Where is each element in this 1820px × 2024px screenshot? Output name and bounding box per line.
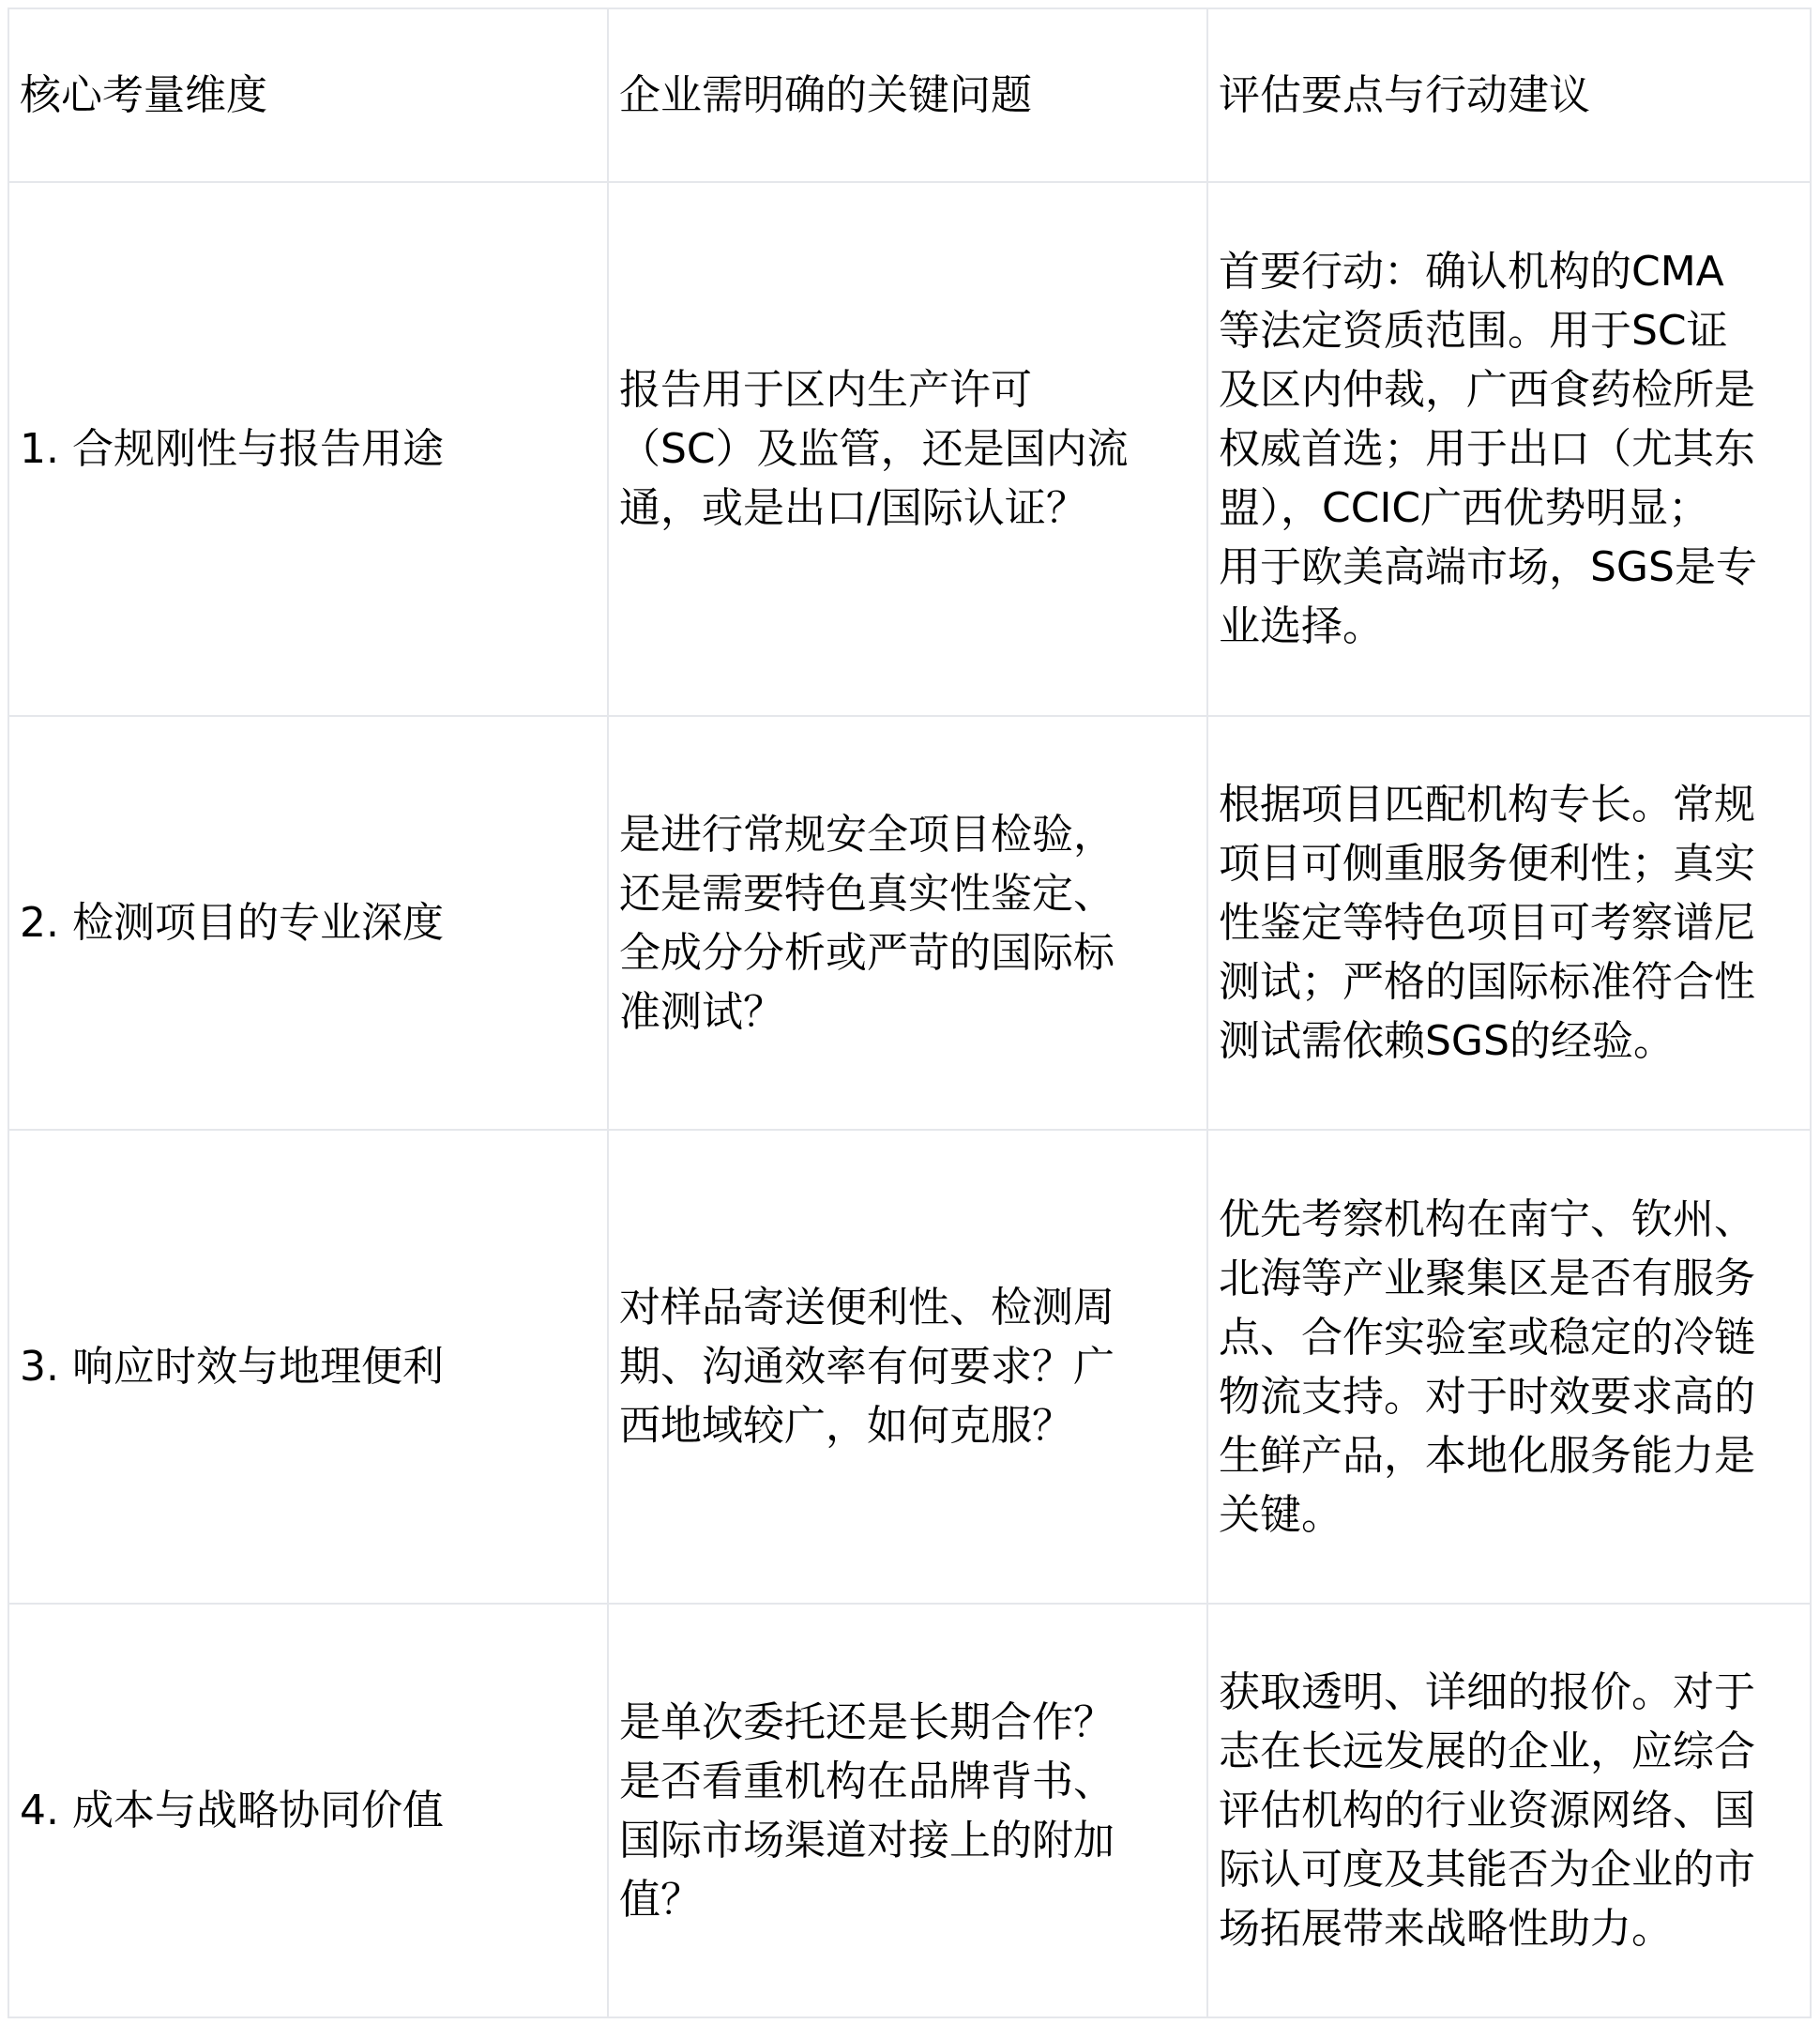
cell-line: （SC）及监管，还是国内流 [619,419,1196,479]
cell-dimension: 1. 合规刚性与报告用途 [8,182,608,716]
cell-advice: 获取透明、详细的报价。对于 志在长远发展的企业，应综合 评估机构的行业资源网络、… [1207,1604,1811,2017]
cell-line: 际认可度及其能否为企业的市 [1219,1840,1799,1899]
cell-question: 对样品寄送便利性、检测周 期、沟通效率有何要求？广 西地域较广，如何克服？ [608,1130,1207,1604]
cell-line: 等法定资质范围。用于SC证 [1219,301,1799,360]
cell-advice: 优先考察机构在南宁、钦州、 北海等产业聚集区是否有服务 点、合作实验室或稳定的冷… [1207,1130,1811,1604]
cell-line: 测试需依赖SGS的经验。 [1219,1012,1799,1071]
cell-line: 1. 合规刚性与报告用途 [20,419,597,479]
cell-line: 还是需要特色真实性鉴定、 [619,864,1196,923]
cell-line: 权威首选；用于出口（尤其东 [1219,419,1799,479]
cell-line: 测试；严格的国际标准符合性 [1219,952,1799,1012]
cell-line: 准测试？ [619,982,1196,1042]
table-row: 3. 响应时效与地理便利 对样品寄送便利性、检测周 期、沟通效率有何要求？广 西… [8,1130,1811,1604]
cell-dimension: 2. 检测项目的专业深度 [8,716,608,1130]
cell-line: 全成分分析或严苛的国际标 [619,923,1196,982]
header-advice: 评估要点与行动建议 [1207,8,1811,182]
cell-line: 2. 检测项目的专业深度 [20,893,597,952]
cell-line: 获取透明、详细的报价。对于 [1219,1663,1799,1722]
header-key-question: 企业需明确的关键问题 [608,8,1207,182]
cell-line: 对样品寄送便利性、检测周 [619,1278,1196,1337]
cell-question: 是进行常规安全项目检验， 还是需要特色真实性鉴定、 全成分分析或严苛的国际标 准… [608,716,1207,1130]
cell-line: 业选择。 [1219,597,1799,656]
cell-line: 物流支持。对于时效要求高的 [1219,1367,1799,1426]
cell-line: 场拓展带来战略性助力。 [1219,1899,1799,1958]
cell-line: 根据项目匹配机构专长。常规 [1219,775,1799,834]
table-header-row: 核心考量维度 企业需明确的关键问题 评估要点与行动建议 [8,8,1811,182]
table-row: 2. 检测项目的专业深度 是进行常规安全项目检验， 还是需要特色真实性鉴定、 全… [8,716,1811,1130]
cell-line: 性鉴定等特色项目可考察谱尼 [1219,893,1799,952]
cell-line: 是单次委托还是长期合作？ [619,1693,1196,1752]
cell-line: 关键。 [1219,1485,1799,1545]
cell-line: 生鲜产品，本地化服务能力是 [1219,1426,1799,1485]
cell-line: 北海等产业聚集区是否有服务 [1219,1249,1799,1308]
comparison-table: 核心考量维度 企业需明确的关键问题 评估要点与行动建议 1. 合规刚性与报告用途… [8,8,1812,2018]
cell-dimension: 3. 响应时效与地理便利 [8,1130,608,1604]
cell-line: 项目可侧重服务便利性；真实 [1219,834,1799,893]
cell-question: 报告用于区内生产许可 （SC）及监管，还是国内流 通，或是出口/国际认证？ [608,182,1207,716]
header-dimension: 核心考量维度 [8,8,608,182]
table-row: 4. 成本与战略协同价值 是单次委托还是长期合作？ 是否看重机构在品牌背书、 国… [8,1604,1811,2017]
cell-advice: 根据项目匹配机构专长。常规 项目可侧重服务便利性；真实 性鉴定等特色项目可考察谱… [1207,716,1811,1130]
cell-line: 及区内仲裁，广西食药检所是 [1219,360,1799,419]
cell-line: 优先考察机构在南宁、钦州、 [1219,1190,1799,1249]
cell-line: 国际市场渠道对接上的附加 [619,1811,1196,1870]
cell-line: 评估机构的行业资源网络、国 [1219,1781,1799,1840]
cell-line: 志在长远发展的企业，应综合 [1219,1722,1799,1781]
cell-line: 是进行常规安全项目检验， [619,805,1196,864]
cell-line: 通，或是出口/国际认证？ [619,479,1196,538]
cell-line: 报告用于区内生产许可 [619,360,1196,419]
cell-line: 首要行动：确认机构的CMA [1219,242,1799,301]
cell-line: 点、合作实验室或稳定的冷链 [1219,1308,1799,1367]
cell-line: 3. 响应时效与地理便利 [20,1337,597,1396]
cell-advice: 首要行动：确认机构的CMA 等法定资质范围。用于SC证 及区内仲裁，广西食药检所… [1207,182,1811,716]
cell-line: 4. 成本与战略协同价值 [20,1781,597,1840]
cell-line: 西地域较广，如何克服？ [619,1396,1196,1455]
cell-line: 期、沟通效率有何要求？广 [619,1337,1196,1396]
cell-question: 是单次委托还是长期合作？ 是否看重机构在品牌背书、 国际市场渠道对接上的附加 值… [608,1604,1207,2017]
cell-dimension: 4. 成本与战略协同价值 [8,1604,608,2017]
cell-line: 值？ [619,1870,1196,1929]
cell-line: 是否看重机构在品牌背书、 [619,1752,1196,1811]
cell-line: 盟），CCIC广西优势明显； [1219,479,1799,538]
table-row: 1. 合规刚性与报告用途 报告用于区内生产许可 （SC）及监管，还是国内流 通，… [8,182,1811,716]
cell-line: 用于欧美高端市场，SGS是专 [1219,538,1799,597]
